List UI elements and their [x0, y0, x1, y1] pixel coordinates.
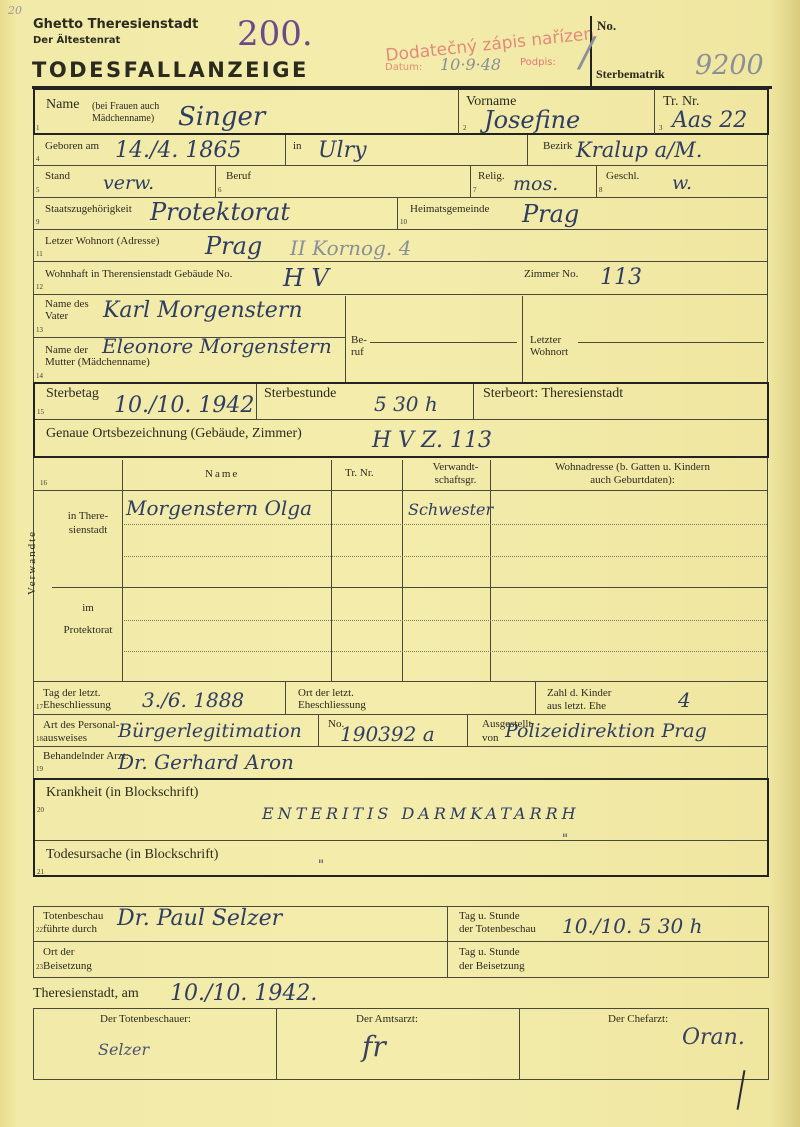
- ortsbez-label: Genaue Ortsbezeichnung (Gebäude, Zimmer): [46, 426, 302, 442]
- burial-time-label-1: Tag u. Stunde: [459, 946, 520, 959]
- vater-value: Karl Morgenstern: [103, 298, 303, 323]
- col-header-trnr: Tr. Nr.: [345, 467, 374, 480]
- group-protektorat-2: Protektorat: [54, 624, 122, 637]
- beruf-line: [370, 342, 517, 343]
- parent-wohnort-label-2: Wohnort: [530, 346, 568, 359]
- vater-label-2: Vater: [45, 310, 68, 323]
- geboren-label: Geboren am: [45, 140, 99, 153]
- group-protektorat-1: im: [58, 602, 118, 615]
- divider: [318, 714, 319, 746]
- field-number: 15: [37, 408, 44, 416]
- field-number: 17: [36, 703, 43, 711]
- signature-chief-label: Der Chefarzt:: [608, 1013, 668, 1026]
- divider: [768, 906, 769, 977]
- id-type-label-1: Art des Personal-: [43, 719, 119, 732]
- inspection-time-label-1: Tag u. Stunde: [459, 910, 520, 923]
- zimmer-value: 113: [600, 265, 642, 290]
- inspector-label-1: Totenbeschau: [43, 910, 103, 923]
- no-label: No.: [597, 18, 616, 34]
- field-number: 6: [218, 186, 222, 194]
- divider: [402, 460, 403, 681]
- wohnhaft-label: Wohnhaft in Therensienstadt Gebäude No.: [45, 268, 232, 281]
- field-number: 22: [36, 926, 43, 934]
- dotted-line: [124, 620, 767, 621]
- divider: [535, 682, 536, 714]
- divider: [256, 384, 257, 419]
- geschl-label: Geschl.: [606, 170, 639, 183]
- field-number: 14: [36, 372, 43, 380]
- signature-official: fr: [362, 1030, 386, 1063]
- divider: [33, 941, 769, 942]
- todesursache-value: ": [318, 858, 324, 873]
- divider: [527, 135, 528, 165]
- beruf-label: Beruf: [226, 170, 251, 183]
- marriage-date-label-1: Tag der letzt.: [43, 687, 101, 700]
- bezirk-value: Kralup a/M.: [576, 138, 702, 162]
- staats-value: Protektorat: [150, 198, 290, 226]
- ortsbez-value: H V Z. 113: [372, 428, 492, 453]
- ditto-mark: ": [562, 832, 568, 847]
- divider: [654, 89, 655, 134]
- sterbetag-value: 10./10. 1942: [114, 393, 254, 418]
- field-number: 13: [36, 326, 43, 334]
- divider: [473, 384, 474, 419]
- children-label-1: Zahl d. Kinder: [547, 687, 611, 700]
- mutter-label-1: Name der: [45, 344, 88, 357]
- divider: [34, 294, 767, 295]
- relative-relationship: Schwester: [408, 500, 493, 519]
- wohnort-value: Prag: [205, 232, 262, 260]
- divider: [34, 261, 767, 262]
- field-number: 20: [37, 806, 44, 814]
- divider: [285, 682, 286, 714]
- group-theresienstadt-2: sienstadt: [58, 524, 118, 537]
- heimat-value: Prag: [522, 200, 579, 228]
- place-date-value: 10./10. 1942.: [170, 981, 317, 1006]
- divider: [35, 419, 767, 420]
- todesursache-label: Todesursache (in Blockschrift): [46, 847, 218, 863]
- inspection-time-label-2: der Totenbeschau: [459, 923, 536, 936]
- inspection-time-value: 10./10. 5 30 h: [562, 914, 702, 938]
- divider: [490, 460, 491, 681]
- stamp-date-value: 10·9·48: [440, 55, 501, 74]
- wohnort-pencil-address: II Kornog. 4: [290, 236, 411, 260]
- divider: [519, 1008, 520, 1079]
- divider: [52, 587, 767, 588]
- name-label: Name: [46, 97, 79, 113]
- krankheit-label: Krankheit (in Blockschrift): [46, 785, 198, 801]
- divider: [215, 165, 216, 197]
- divider: [285, 135, 286, 165]
- dotted-line: [124, 651, 767, 652]
- field-number: 3: [659, 124, 663, 132]
- sterbematrik-value: 9200: [695, 50, 764, 81]
- field-number: 18: [36, 735, 43, 743]
- divider: [35, 840, 767, 841]
- divider: [470, 165, 471, 197]
- place-date-label: Theresienstadt, am: [33, 986, 139, 1002]
- issued-by-value: Polizeidirektion Prag: [505, 720, 707, 742]
- wohnhaft-value: H V: [283, 264, 329, 292]
- col-header-verwandt-1: Verwandt-: [418, 461, 493, 474]
- divider: [33, 906, 34, 977]
- sterbematrik-label: Sterbematrik: [596, 67, 665, 82]
- sterbeort-label: Sterbeort: Theresienstadt: [483, 386, 623, 402]
- field-number: 23: [36, 963, 43, 971]
- divider: [34, 197, 767, 198]
- mutter-value: Eleonore Morgenstern: [102, 334, 332, 358]
- death-certificate-page: 20 Ghetto Theresienstadt Der Ältestenrat…: [0, 0, 800, 1127]
- document-title: TODESFALLANZEIGE: [32, 58, 309, 82]
- field-number: 7: [473, 186, 477, 194]
- marriage-place-label-2: Eheschliessung: [298, 699, 366, 712]
- divider: [33, 1008, 34, 1079]
- field-number: 8: [599, 186, 603, 194]
- divider: [122, 460, 123, 681]
- divider: [33, 977, 769, 978]
- children-value: 4: [678, 688, 691, 712]
- stand-label: Stand: [45, 170, 70, 183]
- col-header-wohn-2: auch Geburtdaten):: [500, 474, 765, 487]
- divider: [34, 490, 767, 491]
- divider: [522, 296, 523, 382]
- parent-beruf-label-1: Be-: [351, 334, 367, 347]
- stand-value: verw.: [103, 172, 154, 194]
- signature-inspector-label: Der Totenbeschauer:: [100, 1013, 191, 1026]
- doctor-label: Behandelnder Arzt:: [43, 750, 129, 763]
- surname-value: Singer: [178, 102, 265, 132]
- field-number: 4: [36, 155, 40, 163]
- relig-value: mos.: [513, 173, 558, 195]
- divider: [447, 906, 448, 977]
- issued-by-label-2: von: [482, 732, 499, 745]
- marriage-date-value: 3./6. 1888: [142, 688, 244, 712]
- stamp-signature-label: Podpis:: [520, 57, 556, 68]
- marriage-place-label-1: Ort der letzt.: [298, 687, 354, 700]
- id-type-value: Bürgerlegitimation: [118, 720, 302, 742]
- birthplace-value: Ulry: [318, 138, 367, 163]
- doctor-value: Dr. Gerhard Aron: [118, 750, 294, 774]
- divider: [458, 89, 459, 134]
- geboren-value: 14./4. 1865: [115, 138, 241, 163]
- dotted-line: [124, 524, 767, 525]
- divider: [34, 714, 767, 715]
- group-theresienstadt-1: in There-: [58, 510, 118, 523]
- divider: [467, 714, 468, 746]
- signature-official-label: Der Amtsarzt:: [356, 1013, 418, 1026]
- heimat-label: Heimatsgemeinde: [410, 203, 489, 216]
- trnr-value: Aas 22: [672, 108, 747, 133]
- field-number: 10: [400, 218, 407, 226]
- field-number: 5: [36, 186, 40, 194]
- id-type-label-2: ausweises: [43, 732, 87, 745]
- krankheit-value: ENTERITIS DARMKATARRH: [262, 804, 580, 823]
- field-number: 9: [36, 218, 40, 226]
- divider: [276, 1008, 277, 1079]
- divider: [345, 296, 346, 382]
- wohnort-label: Letzer Wohnort (Adresse): [45, 235, 159, 248]
- pencil-slash-mark: /: [580, 30, 593, 76]
- inspector-label-2: führte durch: [43, 923, 97, 936]
- divider: [596, 165, 597, 197]
- verwandte-side-label: Verwandte: [26, 530, 38, 595]
- inspector-value: Dr. Paul Selzer: [117, 906, 282, 931]
- signature-inspector: Selzer: [98, 1040, 149, 1059]
- field-number: 19: [36, 765, 43, 773]
- burial-time-label-2: der Beisetzung: [459, 960, 525, 973]
- burial-place-label-1: Ort der: [43, 946, 74, 959]
- vater-label-1: Name des: [45, 298, 89, 311]
- field-number: 16: [40, 479, 47, 487]
- id-no-value: 190392 a: [340, 722, 435, 746]
- field-number: 2: [463, 124, 467, 132]
- col-header-name: Name: [205, 468, 239, 481]
- in-label: in: [293, 140, 302, 153]
- divider: [34, 681, 767, 682]
- relative-name: Morgenstern Olga: [126, 496, 312, 520]
- geschl-value: w.: [672, 172, 692, 194]
- divider: [331, 460, 332, 681]
- parent-wohnort-label-1: Letzter: [530, 334, 561, 347]
- col-header-verwandt-2: schaftsgr.: [418, 474, 493, 487]
- divider: [33, 1008, 769, 1009]
- signature-chief: Oran.: [682, 1025, 745, 1050]
- marriage-date-label-2: Eheschliessung: [43, 699, 111, 712]
- field-number: 21: [37, 868, 44, 876]
- dotted-line: [124, 556, 767, 557]
- field-number: 1: [36, 124, 40, 132]
- signature-stroke: [737, 1070, 746, 1110]
- field-number: 11: [36, 250, 43, 258]
- bezirk-label: Bezirk: [543, 140, 572, 153]
- burial-place-label-2: Beisetzung: [43, 960, 92, 973]
- col-header-wohn-1: Wohnadresse (b. Gatten u. Kindern: [500, 461, 765, 474]
- zimmer-label: Zimmer No.: [524, 268, 578, 281]
- sterbetag-label: Sterbetag: [46, 386, 99, 402]
- sterbestunde-value: 5 30 h: [374, 392, 438, 416]
- corner-pencil-mark: 20: [8, 4, 22, 17]
- divider: [33, 1079, 769, 1080]
- divider: [768, 1008, 769, 1079]
- stamp-date-label: Datum:: [385, 62, 422, 73]
- divider: [397, 197, 398, 229]
- relig-label: Relig.: [478, 170, 505, 183]
- divider: [34, 746, 767, 747]
- parent-beruf-label-2: ruf: [351, 346, 364, 359]
- divider: [34, 229, 767, 230]
- children-label-2: aus letzt. Ehe: [547, 700, 606, 713]
- staats-label: Staatszugehörigkeit: [45, 203, 132, 216]
- sterbestunde-label: Sterbestunde: [264, 386, 336, 402]
- org-subname: Der Ältestenrat: [33, 35, 120, 46]
- handwritten-number: 200.: [237, 14, 313, 54]
- name-sublabel: (bei Frauen auch Mädchenname): [92, 101, 162, 124]
- vorname-value: Josefine: [484, 106, 580, 134]
- org-name: Ghetto Theresienstadt: [33, 17, 198, 32]
- wohnort-line: [578, 342, 764, 343]
- field-number: 12: [36, 283, 43, 291]
- divider: [34, 165, 767, 166]
